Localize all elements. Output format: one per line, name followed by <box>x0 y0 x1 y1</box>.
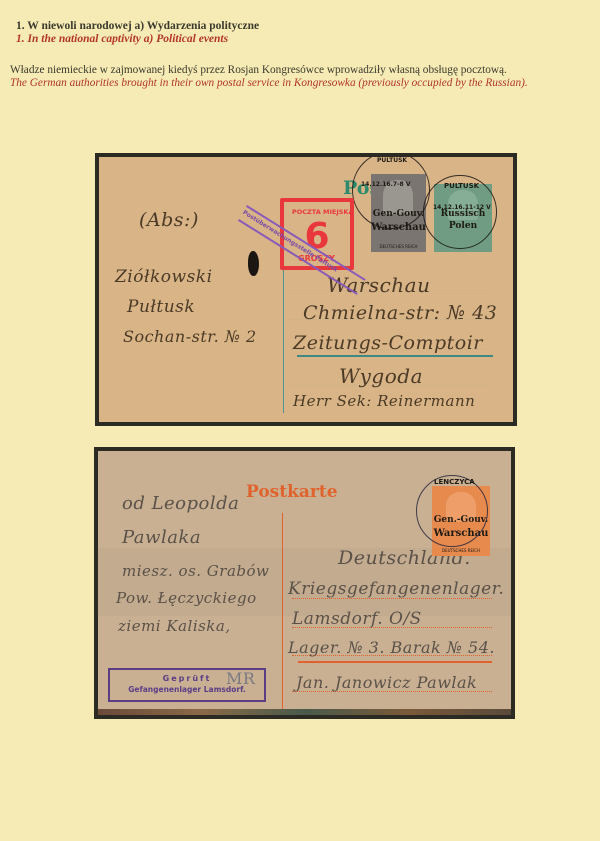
sender-line: Sochan-str. № 2 <box>123 327 257 346</box>
page-heading: 1. W niewoli narodowej a) Wydarzenia pol… <box>16 20 259 45</box>
heading-polish: 1. W niewoli narodowej a) Wydarzenia pol… <box>16 20 259 32</box>
sender-line: od Leopolda <box>122 493 239 514</box>
sender-line: miesz. os. Grabów <box>122 562 269 580</box>
address-rule-solid <box>297 355 493 357</box>
sender-line: ziemi Kaliska, <box>118 617 231 635</box>
recipient-line: Jan. Janowicz Pawlak <box>296 673 477 692</box>
sender-line: Pawlaka <box>122 527 201 548</box>
recipient-line: Chmielna-str: № 43 <box>303 302 497 324</box>
postmark-town: LENCZYCA <box>434 478 475 486</box>
postcard-2: Postkarte od Leopolda Pawlaka miesz. os.… <box>94 447 515 719</box>
censor-initials: MR <box>226 669 255 688</box>
page-description: Władze niemieckie w zajmowanej kiedyś pr… <box>10 64 528 89</box>
description-polish: Władze niemieckie w zajmowanej kiedyś pr… <box>10 64 528 76</box>
recipient-line: Lager. № 3. Barak № 54. <box>288 638 495 657</box>
postmark-date: 14.12.16.7-8 V <box>361 181 410 188</box>
recipient-line: Wygoda <box>339 364 423 388</box>
postmark-town: PULTUSK <box>377 157 407 164</box>
recipient-line: Kriegsgefangenenlager. <box>288 579 504 599</box>
postcard-1: Postka (Abs:) Ziółkowski Pułtusk Sochan-… <box>95 153 517 426</box>
postmark-date: 14.12.16.11-12 V <box>433 204 491 211</box>
sender-line: Pow. Łęczyckiego <box>116 589 257 607</box>
ink-blot <box>248 251 259 276</box>
card-divider <box>282 513 283 713</box>
postmark-town: PULTUSK <box>444 182 479 190</box>
sender-line: (Abs:) <box>139 209 199 231</box>
recipient-line: Herr Sek: Reinermann <box>293 392 475 410</box>
sender-line: Ziółkowski <box>115 267 213 287</box>
address-rule-solid <box>298 661 492 663</box>
sender-line: Pułtusk <box>127 297 195 317</box>
postcard-title: Postkarte <box>246 482 338 502</box>
recipient-line: Lamsdorf. O/S <box>292 609 422 629</box>
description-english: The German authorities brought in their … <box>10 77 528 89</box>
recipient-line: Zeitungs-Comptoir <box>293 332 483 354</box>
heading-english: 1. In the national captivity a) Politica… <box>16 33 259 45</box>
